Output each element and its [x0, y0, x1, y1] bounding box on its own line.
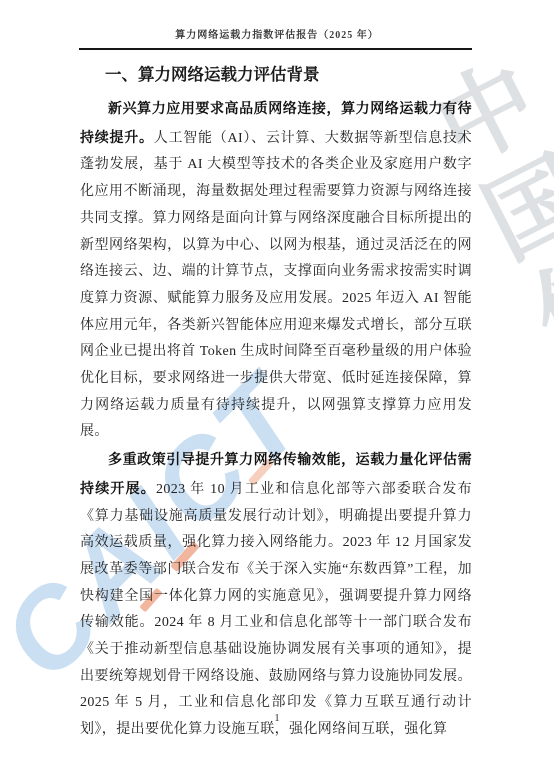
- page-number: 1: [0, 712, 554, 724]
- running-header-title: 算力网络运载力指数评估报告（2025 年）: [0, 26, 554, 41]
- paragraph-2: 多重政策引导提升算力网络传输效能，运载力量化评估需持续开展。2023 年 10 …: [80, 446, 472, 744]
- body-area: 一、算力网络运载力评估背景 新兴算力应用要求高品质网络连接，算力网络运载力有待持…: [80, 63, 472, 744]
- paragraph-2-body-text: 2023 年 10 月工业和信息化部等六部委联合发布《算力基础设施高质量发展行动…: [80, 482, 472, 737]
- header-rule-divider: [79, 48, 472, 50]
- document-page: 中国信通院 CAICT 算力网络运载力指数评估报告（2025 年） 一、算力网络…: [0, 0, 554, 784]
- paragraph-1-body-text: 人工智能（AI）、云计算、大数据等新型信息技术蓬勃发展，基于 AI 大模型等技术…: [80, 131, 472, 440]
- paragraph-1: 新兴算力应用要求高品质网络连接，算力网络运载力有待持续提升。人工智能（AI）、云…: [80, 95, 472, 446]
- section-heading: 一、算力网络运载力评估背景: [80, 63, 472, 87]
